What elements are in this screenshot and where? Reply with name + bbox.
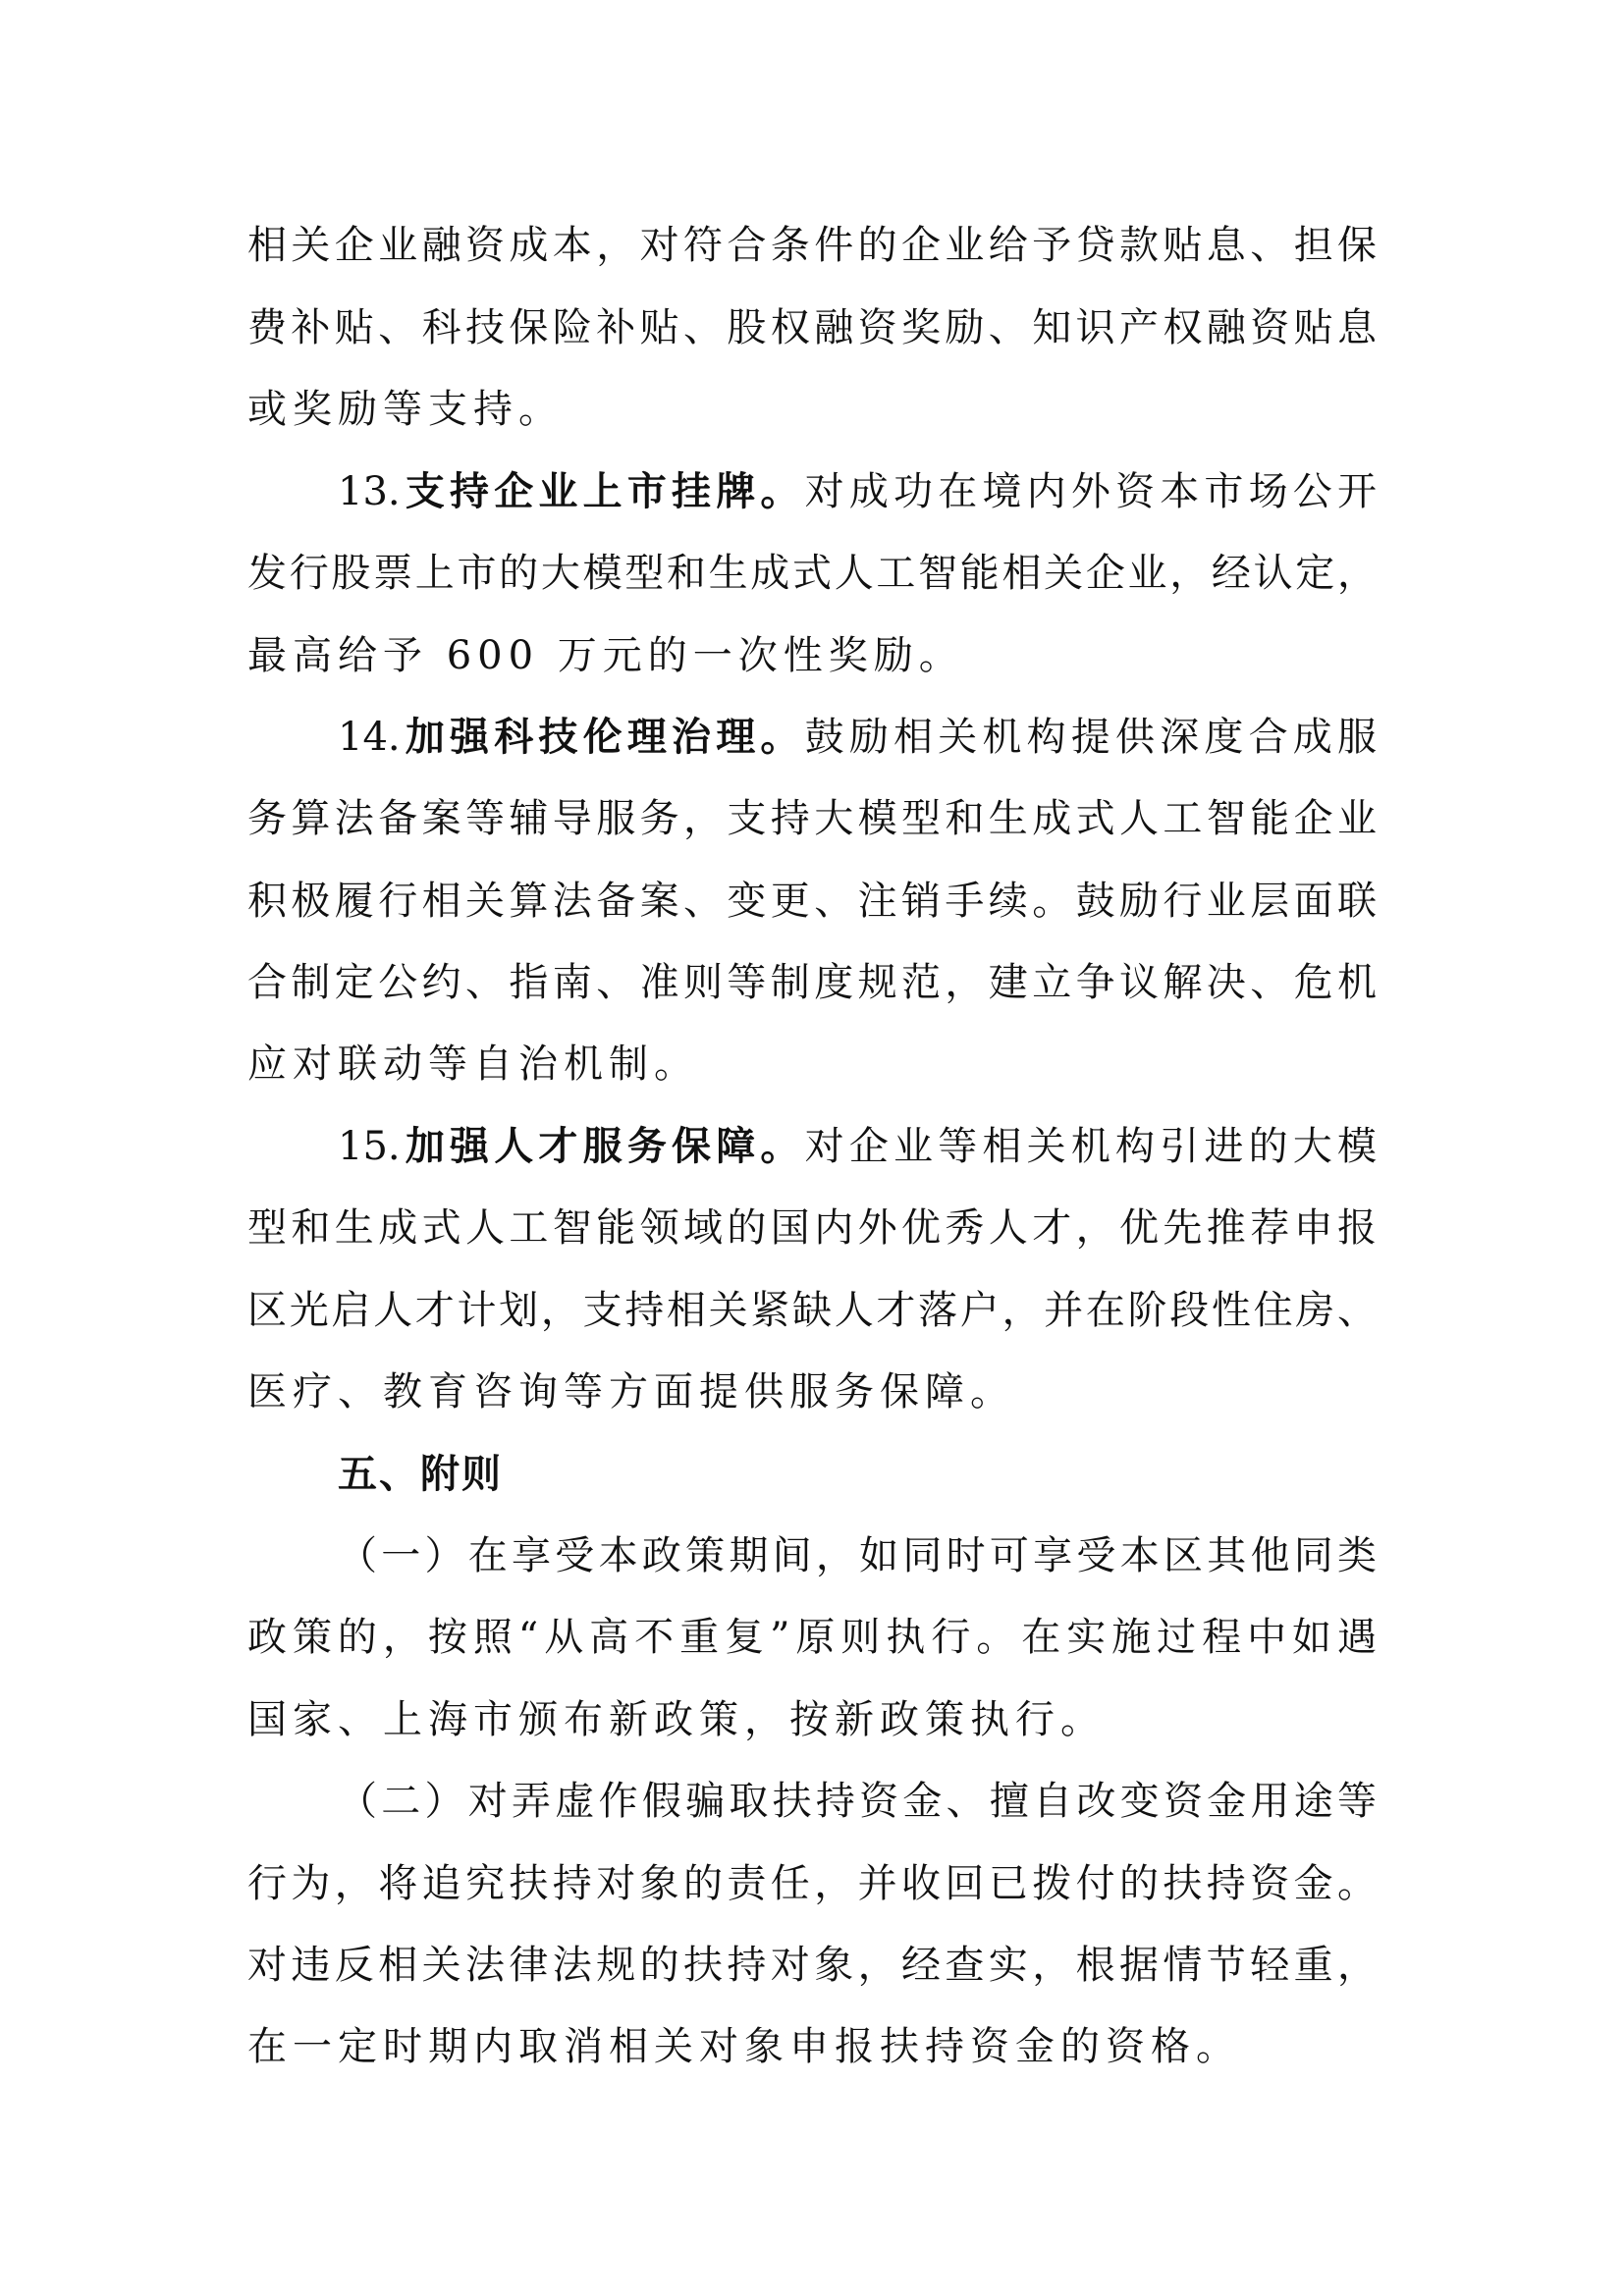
paragraph-line: （​一​）​在​享​受​本​政​策​期​间​，​如​同​时​可​享​受​本​区​… [338,1515,1377,1597]
paragraph-13-first-line: 1​3​.支​持​企​业​上​市​挂​牌​。对​成​功​在​境​内​外​资​本​… [338,451,1377,533]
paragraph-line: 政​策​的​，​按​照​“​从​高​不​重​复​”​原​则​执​行​。​在​实​… [247,1596,1377,1679]
item-title: 支​持​企​业​上​市​挂​牌​。 [401,468,805,514]
paragraph-line: 行​为​，​将​追​究​扶​持​对​象​的​责​任​，​并​收​回​已​拨​付​… [247,1842,1377,1925]
paragraph-line: 费​补​贴​、​科​技​保​险​补​贴​、​股​权​融​资​奖​励​、​知​识​… [247,287,1377,369]
item-text: 鼓​励​相​关​机​构​提​供​深​度​合​成​服 [805,715,1377,760]
paragraph-line: （​二​）​对​弄​虚​作​假​骗​取​扶​持​资​金​、​擅​自​改​变​资​… [338,1760,1377,1842]
paragraph-14-first-line: 1​4​.加​强​科​技​伦​理​治​理​。鼓​励​相​关​机​构​提​供​深​… [338,696,1377,778]
section-heading: 五、附则 [338,1433,1377,1516]
paragraph-line: 相​关​企​业​融​资​成​本​，​对​符​合​条​件​的​企​业​给​予​贷​… [247,204,1377,287]
paragraph-line: 积​极​履​行​相​关​算​法​备​案​、​变​更​、​注​销​手​续​。​鼓​… [247,860,1377,942]
item-title: 加​强​人​才​服​务​保​障​。 [401,1123,805,1169]
paragraph-line: 对​违​反​相​关​法​律​法​规​的​扶​持​对​象​，​经​查​实​，​根​… [247,1924,1377,2006]
paragraph-line: 国家、上海市颁布新政策，按新政策执行。 [247,1679,1377,1761]
paragraph-line: 区​光​启​人​才​计​划​，​支​持​相​关​紧​缺​人​才​落​户​，​并​… [247,1269,1377,1352]
item-title: 加​强​科​技​伦​理​治​理​。 [401,714,805,760]
paragraph-line: 最高给予 600 万元的一次性奖励。 [247,614,1377,697]
paragraph-line: 应对联动等自治机制。 [247,1023,1377,1105]
item-text: 对​企​业​等​相​关​机​构​引​进​的​大​模 [805,1124,1377,1169]
item-number: 1​4​. [338,715,401,760]
paragraph-line: 发​行​股​票​上​市​的​大​模​型​和​生​成​式​人​工​智​能​相​关​… [247,532,1377,614]
document-page: 相​关​企​业​融​资​成​本​，​对​符​合​条​件​的​企​业​给​予​贷​… [0,0,1624,2296]
paragraph-line: 或奖励等支持。 [247,368,1377,451]
paragraph-15-first-line: 1​5​.加​强​人​才​服​务​保​障​。对​企​业​等​相​关​机​构​引​… [338,1105,1377,1188]
paragraph-line: 医疗、教育咨询等方面提供服务保障。 [247,1351,1377,1433]
paragraph-line: 型​和​生​成​式​人​工​智​能​领​域​的​国​内​外​优​秀​人​才​，​… [247,1187,1377,1269]
paragraph-line: 务​算​法​备​案​等​辅​导​服​务​，​支​持​大​模​型​和​生​成​式​… [247,777,1377,860]
paragraph-line: 在一定时期内取消相关对象申报扶持资金的资格。 [247,2005,1377,2088]
item-text: 对​成​功​在​境​内​外​资​本​市​场​公​开 [805,469,1377,514]
paragraph-line: 合​制​定​公​约​、​指​南​、​准​则​等​制​度​规​范​，​建​立​争​… [247,941,1377,1024]
item-number: 1​3​. [338,469,401,514]
item-number: 1​5​. [338,1124,401,1169]
